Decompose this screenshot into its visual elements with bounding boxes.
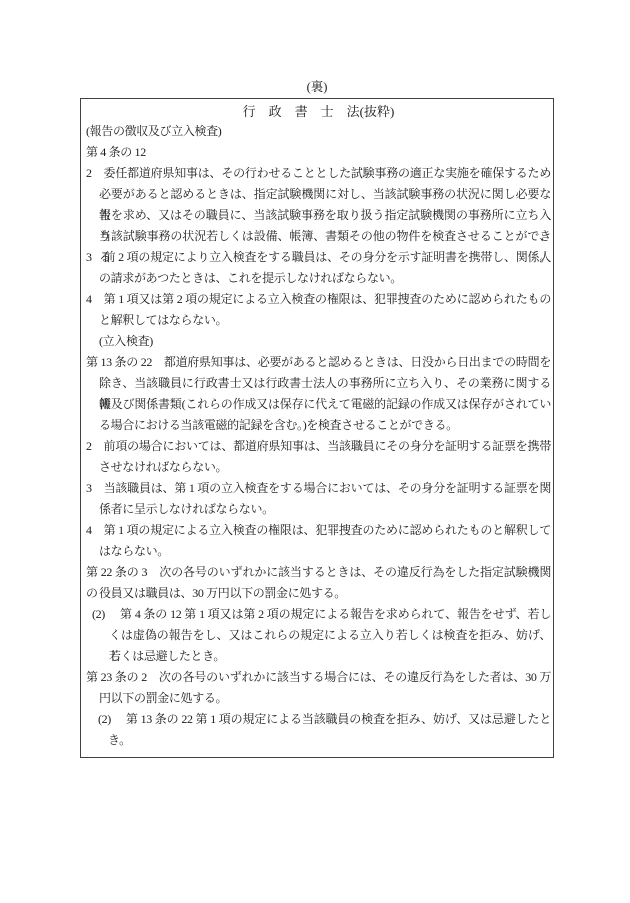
text-line: くは虚偽の報告をし、又はこれらの規定による立入り若しくは検査を拒み、妨げ、若 (86, 625, 551, 646)
text-line: (2) 第 13 条の 22 第 1 項の規定による当該職員の検査を拒み、妨げ、… (86, 709, 551, 730)
law-excerpt-box: 行 政 書 士 法(抜粋) (報告の徴収及び立入検査)第 4 条の 122 委任… (80, 98, 554, 758)
page-side-label: (裏) (80, 79, 554, 95)
text-line: 当該試験事務の状況若しくは設備、帳簿、書類その他の物件を検査させることができる。 (86, 226, 551, 247)
text-line: させなければならない。 (86, 457, 551, 478)
text-line: 3 当該職員は、第 1 項の立入検査をする場合においては、その身分を証明する証票… (86, 478, 551, 499)
text-line: はならない。 (86, 541, 551, 562)
text-line: 第 13 条の 22 都道府県知事は、必要があると認めるときは、日没から日出まで… (86, 352, 551, 373)
text-line: の請求があつたときは、これを提示しなければならない。 (86, 268, 551, 289)
text-line: 第 22 条の 3 次の各号のいずれかに該当するときは、その違反行為をした指定試… (86, 562, 551, 583)
text-line: 役員又は職員は、30 万円以下の罰金に処する。 (86, 583, 551, 604)
text-line: (立入検査) (86, 331, 551, 352)
text-line: 告を求め、又はその職員に、当該試験事務を取り扱う指定試験機関の事務所に立ち入り、 (86, 205, 551, 226)
text-line: き。 (86, 730, 551, 751)
text-line: 第 23 条の 2 次の各号のいずれかに該当する場合には、その違反行為をした者は… (86, 667, 551, 688)
text-line: (報告の徴収及び立入検査) (86, 121, 551, 142)
text-line: 4 第 1 項の規定による立入検査の権限は、犯罪捜査のために認められたものと解釈… (86, 520, 551, 541)
text-line: 第 4 条の 12 (86, 142, 551, 163)
text-line: 4 第 1 項又は第 2 項の規定による立入検査の権限は、犯罪捜査のために認めら… (86, 289, 551, 310)
text-line: 除き、当該職員に行政書士又は行政書士法人の事務所に立ち入り、その業務に関する帳 (86, 373, 551, 394)
text-line: 3 前 2 項の規定により立入検査をする職員は、その身分を示す証明書を携帯し、関… (86, 247, 551, 268)
text-line: 円以下の罰金に処する。 (86, 688, 551, 709)
text-line: と解釈してはならない。 (86, 310, 551, 331)
text-line: しくは忌避したとき。 (86, 646, 551, 667)
text-line: る場合における当該電磁的記録を含む。)を検査させることができる。 (86, 415, 551, 436)
text-line: 係者に呈示しなければならない。 (86, 499, 551, 520)
law-body: (報告の徴収及び立入検査)第 4 条の 122 委任都道府県知事は、その行わせる… (86, 121, 551, 751)
law-title: 行 政 書 士 法(抜粋) (86, 103, 551, 121)
text-line: 必要があると認めるときは、指定試験機関に対し、当該試験事務の状況に関し必要な報 (86, 184, 551, 205)
text-line: 2 前項の場合においては、都道府県知事は、当該職員にその身分を証明する証票を携帯 (86, 436, 551, 457)
text-line: (2) 第 4 条の 12 第 1 項又は第 2 項の規定による報告を求められて… (86, 604, 551, 625)
text-line: 2 委任都道府県知事は、その行わせることとした試験事務の適正な実施を確保するため (86, 163, 551, 184)
text-line: 簿及び関係書類(これらの作成又は保存に代えて電磁的記録の作成又は保存がされてい (86, 394, 551, 415)
